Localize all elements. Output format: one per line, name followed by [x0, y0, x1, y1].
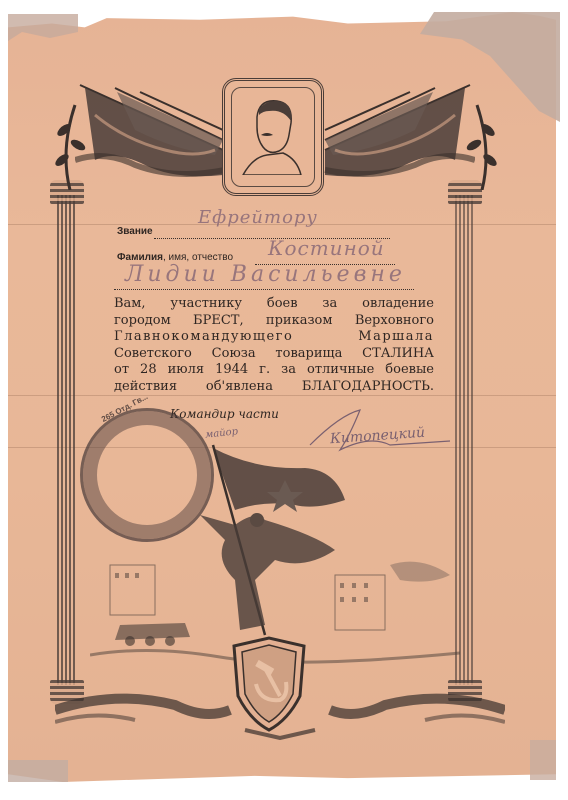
- commander-label: Командир части: [170, 407, 279, 421]
- laurel-left-icon: [50, 100, 90, 190]
- body-line: от 28 июля 1944 г. за отличные боевые: [114, 362, 434, 379]
- unit-stamp: [80, 408, 214, 542]
- left-pillar-ornament: [57, 195, 75, 685]
- paper-stain: [530, 740, 556, 780]
- body-line: Вам, участнику боев за овладение: [114, 296, 434, 313]
- body-line: городом БРЕСТ, приказом Верховного: [114, 313, 434, 330]
- given-names-underline: [114, 289, 414, 290]
- portrait-icon: [239, 95, 303, 175]
- rank-value-handwritten: Ефрейтору: [198, 207, 318, 228]
- paper-stain: [8, 760, 68, 782]
- portrait-frame: [222, 78, 324, 196]
- rank-label: Звание: [117, 226, 153, 237]
- body-line: Советского Союза товарища СТАЛИНА: [114, 346, 434, 363]
- banners-left-icon: [75, 80, 225, 180]
- paper-fold: [8, 395, 556, 396]
- laurel-right-icon: [462, 100, 502, 190]
- certificate-body-text: Вам, участнику боев за овладение городом…: [114, 296, 434, 395]
- body-line: действия об'явлена БЛАГОДАРНОСТЬ.: [114, 379, 434, 396]
- ribbon-scroll-icon: [55, 680, 505, 740]
- given-names-handwritten: Лидии Васильевне: [125, 262, 406, 287]
- body-line: Главнокомандующего Маршала: [114, 329, 434, 346]
- banners-right-icon: [320, 80, 475, 180]
- surname-handwritten: Костиной: [268, 236, 385, 260]
